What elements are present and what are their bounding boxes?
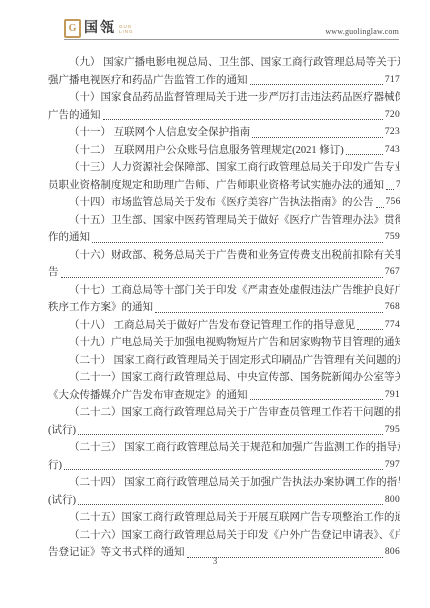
toc-entry: （十）国家食品药品监督管理局关于进一步严厉打击违法药品医疗器械保健食品广告的通知… <box>48 89 400 124</box>
dot-leader <box>346 154 383 155</box>
toc-entry-line: （二十二）国家工商行政管理总局关于广告审查员管理工作若干问题的指导意见 <box>48 404 400 422</box>
toc-entry-line: 广告的通知720 <box>48 107 400 125</box>
toc-entry-text: 作的通知 <box>48 229 90 247</box>
toc-entry-text: 秩序工作方案》的通知 <box>48 299 153 317</box>
toc-entry: （九） 国家广播电影电视总局、卫生部、国家工商行政管理总局等关于进一步加强广播电… <box>48 54 400 89</box>
toc-entry-line: （二十五）国家工商行政管理总局关于开展互联网广告专项整治工作的通知803 <box>48 509 400 527</box>
toc-entry-text: 员职业资格制度规定和助理广告师、广告师职业资格考试实施办法的通知 <box>48 177 384 195</box>
logo-romanized-name: GUO LING <box>119 24 134 34</box>
toc-entry: （二十三） 国家工商行政管理总局关于规范和加强广告监测工作的指导意见(试行)79… <box>48 439 400 474</box>
toc-entry-text: (试行) <box>48 492 76 510</box>
dot-leader <box>92 242 383 243</box>
toc-list: （九） 国家广播电影电视总局、卫生部、国家工商行政管理总局等关于进一步加强广播电… <box>48 54 400 562</box>
dot-leader <box>250 84 383 85</box>
toc-entry-text: （十九）广电总局关于加强电视购物短片广告和居家购物节目管理的通知 <box>69 334 400 352</box>
toc-entry-line: 秩序工作方案》的通知768 <box>48 299 400 317</box>
guoling-logo: G 国瓴 GUO LING <box>64 19 134 38</box>
toc-entry-line: 告767 <box>48 264 400 282</box>
dot-leader <box>386 189 394 190</box>
toc-entry-text: 广告的通知 <box>48 107 101 125</box>
logo-sub-line2: LING <box>119 29 134 34</box>
toc-entry-text: 强广播电视医疗和药品广告监管工作的通知 <box>48 72 248 90</box>
toc-entry-line: （十六）财政部、税务总局关于广告费和业务宣传费支出税前扣除有关事项的公 <box>48 247 400 265</box>
toc-entry: （十三）人力资源社会保障部、国家工商行政管理总局关于印发广告专业技术人员职业资格… <box>48 159 400 194</box>
dot-leader <box>252 137 383 138</box>
toc-entry: （十二） 互联网用户公众账号信息服务管理规定(2021 修订)743 <box>48 142 400 160</box>
toc-page-number: 791 <box>385 387 400 405</box>
toc-entry-line: (试行)800 <box>48 492 400 510</box>
toc-entry: （十六）财政部、税务总局关于广告费和业务宣传费支出税前扣除有关事项的公告767 <box>48 247 400 282</box>
toc-page-number: 723 <box>385 124 400 142</box>
logo-chinese-name: 国瓴 <box>84 21 116 37</box>
toc-page-number: 797 <box>385 457 400 475</box>
dot-leader <box>64 469 383 470</box>
toc-entry-line: （十一） 互联网个人信息安全保护指南723 <box>48 124 400 142</box>
toc-entry-text: （二十） 国家工商行政管理局关于固定形式印刷品广告管理有关问题的通知 <box>69 352 400 370</box>
dot-leader <box>78 434 383 435</box>
dot-leader <box>250 399 383 400</box>
toc-entry-text: （十一） 互联网个人信息安全保护指南 <box>69 124 250 142</box>
document-page: G 国瓴 GUO LING www.guolinglaw.com （九） 国家广… <box>0 0 430 608</box>
toc-page-number: 720 <box>385 107 400 125</box>
toc-entry: （二十一）国家工商行政管理总局、中央宣传部、国务院新闻办公室等关于印发《大众传播… <box>48 369 400 404</box>
toc-entry-line: 行)797 <box>48 457 400 475</box>
toc-entry-line: （十二） 互联网用户公众账号信息服务管理规定(2021 修订)743 <box>48 142 400 160</box>
toc-entry: （二十） 国家工商行政管理局关于固定形式印刷品广告管理有关问题的通知788 <box>48 352 400 370</box>
logo-g-icon: G <box>64 19 81 38</box>
dot-leader <box>103 119 383 120</box>
page-number-footer: 3 <box>0 556 430 566</box>
toc-entry-line: 强广播电视医疗和药品广告监管工作的通知717 <box>48 72 400 90</box>
toc-page-number: 743 <box>385 142 400 160</box>
toc-entry-text: （十四）市场监管总局关于发布《医疗美容广告执法指南》的公告 <box>69 194 374 212</box>
toc-entry-line: （二十） 国家工商行政管理局关于固定形式印刷品广告管理有关问题的通知788 <box>48 352 400 370</box>
toc-entry-text: （十二） 互联网用户公众账号信息服务管理规定(2021 修订) <box>69 142 344 160</box>
toc-page-number: 750 <box>396 177 400 195</box>
toc-entry: （十四）市场监管总局关于发布《医疗美容广告执法指南》的公告756 <box>48 194 400 212</box>
toc-entry-text: 《大众传播媒介广告发布审查规定》的通知 <box>48 387 248 405</box>
toc-entry-line: （十三）人力资源社会保障部、国家工商行政管理总局关于印发广告专业技术人 <box>48 159 400 177</box>
toc-entry-line: （十五）卫生部、国家中医药管理局关于做好《医疗广告管理办法》贯彻实施工 <box>48 212 400 230</box>
website-url: www.guolinglaw.com <box>325 27 399 38</box>
toc-entry-line: 《大众传播媒介广告发布审查规定》的通知791 <box>48 387 400 405</box>
toc-entry-line: 作的通知759 <box>48 229 400 247</box>
toc-entry: （十一） 互联网个人信息安全保护指南723 <box>48 124 400 142</box>
page-header: G 国瓴 GUO LING www.guolinglaw.com <box>64 16 399 38</box>
dot-leader <box>357 329 383 330</box>
toc-entry-text: (试行) <box>48 422 76 440</box>
toc-entry-line: (试行)795 <box>48 422 400 440</box>
toc-entry-line: 员职业资格制度规定和助理广告师、广告师职业资格考试实施办法的通知750 <box>48 177 400 195</box>
toc-entry: （二十四） 国家工商行政管理总局关于加强广告执法办案协调工作的指导意见(试行)8… <box>48 474 400 509</box>
toc-page-number: 759 <box>385 229 400 247</box>
toc-entry-line: （九） 国家广播电影电视总局、卫生部、国家工商行政管理总局等关于进一步加 <box>48 54 400 72</box>
toc-page-number: 800 <box>385 492 400 510</box>
toc-entry-line: （十八） 工商总局关于做好广告发布登记管理工作的指导意见774 <box>48 317 400 335</box>
toc-entry-line: （十七）工商总局等十部门关于印发《严肃查处虚假违法广告维护良好广告市场 <box>48 282 400 300</box>
toc-page-number: 768 <box>385 299 400 317</box>
toc-entry-line: （二十一）国家工商行政管理总局、中央宣传部、国务院新闻办公室等关于印发 <box>48 369 400 387</box>
toc-entry-text: （十八） 工商总局关于做好广告发布登记管理工作的指导意见 <box>69 317 355 335</box>
dot-leader <box>61 277 383 278</box>
toc-entry-line: （十四）市场监管总局关于发布《医疗美容广告执法指南》的公告756 <box>48 194 400 212</box>
toc-entry: （十七）工商总局等十部门关于印发《严肃查处虚假违法广告维护良好广告市场秩序工作方… <box>48 282 400 317</box>
toc-entry-text: 行) <box>48 457 62 475</box>
header-divider <box>64 39 399 40</box>
toc-page-number: 767 <box>385 264 400 282</box>
toc-page-number: 717 <box>385 72 400 90</box>
dot-leader <box>376 207 384 208</box>
dot-leader <box>155 312 383 313</box>
toc-entry-line: （十九）广电总局关于加强电视购物短片广告和居家购物节目管理的通知785 <box>48 334 400 352</box>
toc-entry: （十五）卫生部、国家中医药管理局关于做好《医疗广告管理办法》贯彻实施工作的通知7… <box>48 212 400 247</box>
toc-entry-line: （二十四） 国家工商行政管理总局关于加强广告执法办案协调工作的指导意见 <box>48 474 400 492</box>
toc-entry: （二十二）国家工商行政管理总局关于广告审查员管理工作若干问题的指导意见(试行)7… <box>48 404 400 439</box>
toc-page-number: 756 <box>386 194 401 212</box>
toc-entry-line: （二十六）国家工商行政管理总局关于印发《户外广告登记申请表》、《户外广 <box>48 527 400 545</box>
toc-entry: （十八） 工商总局关于做好广告发布登记管理工作的指导意见774 <box>48 317 400 335</box>
toc-entry-text: （二十五）国家工商行政管理总局关于开展互联网广告专项整治工作的通知 <box>69 509 400 527</box>
toc-entry-line: （十）国家食品药品监督管理局关于进一步严厉打击违法药品医疗器械保健食品 <box>48 89 400 107</box>
toc-entry-text: 告 <box>48 264 59 282</box>
toc-entry: （十九）广电总局关于加强电视购物短片广告和居家购物节目管理的通知785 <box>48 334 400 352</box>
toc-entry-line: （二十三） 国家工商行政管理总局关于规范和加强广告监测工作的指导意见(试 <box>48 439 400 457</box>
dot-leader <box>78 504 383 505</box>
toc-page-number: 795 <box>385 422 400 440</box>
toc-entry: （二十五）国家工商行政管理总局关于开展互联网广告专项整治工作的通知803 <box>48 509 400 527</box>
toc-page-number: 774 <box>385 317 400 335</box>
